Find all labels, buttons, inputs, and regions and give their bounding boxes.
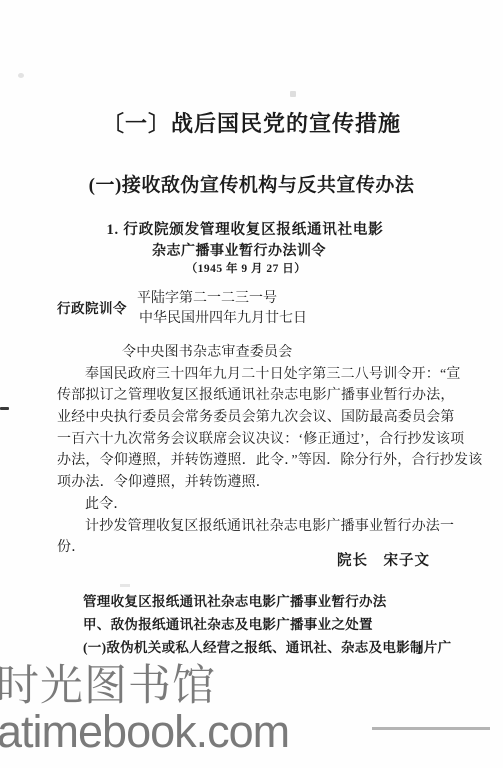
body-line: 项办法．令仰遵照，并转饬遵照． [57,472,449,494]
doc-date: （1945 年 9 月 27 日） [0,260,492,276]
scan-artifact-speck [18,73,24,78]
body-line: 计抄发管理收复区报纸通讯社杂志电影广播事业暂行办法一 [57,516,449,538]
body-line: 办法，令仰遵照，并转饬遵照．此令．”等因．除分行外，合行抄发该 [57,450,449,472]
scanned-book-page: 〔一〕战后国民党的宣传措施 (一)接收敌伪宣传机构与反共宣传办法 1. 行政院颁… [0,0,503,768]
signature-president: 院长 宋子文 [337,549,430,570]
appendix-line: 甲、敌伪报纸通讯社杂志及电影广播事业之处置 [83,613,451,636]
scan-artifact-speck [120,584,130,587]
appendix-regulations: 管理收复区报纸通讯社杂志电影广播事业暂行办法 甲、敌伪报纸通讯社杂志及电影广播事… [83,590,451,660]
section-title: (一)接收敌伪宣传机构与反共宣传办法 [0,170,503,197]
watermark-site-url: atimebook.com [0,706,289,758]
directive-issue-date: 中华民国卅四年九月廿七日 [139,307,307,327]
body-line: 业经中央执行委员会常务委员会第九次会议、国防最高委员会第 [57,407,449,429]
scan-artifact-speck [290,91,296,97]
doc-title-line-1: 1. 行政院颁发管理收复区报纸通讯社电影 [0,218,490,239]
directive-body: 令中央图书杂志审查委员会 奉国民政府三十四年九月二十日处字第三二八号训令开：“宣… [57,342,449,559]
appendix-line: 管理收复区报纸通讯社杂志电影广播事业暂行办法 [83,590,451,613]
body-line: 令中央图书杂志审查委员会 [57,342,449,364]
body-line: 奉国民政府三十四年九月二十日处字第三二八号训令开：“宣 [57,364,449,386]
scan-artifact-dash [0,407,9,410]
doc-title-line-2: 杂志广播事业暂行办法训令 [0,240,478,260]
chapter-title: 〔一〕战后国民党的宣传措施 [0,107,503,138]
page-number: 1 [416,643,423,659]
directive-issuer-label: 行政院训令 [57,297,127,317]
directive-ref-number: 平陆字第二一二三一号 [137,287,277,307]
body-line: 此令． [57,494,449,516]
body-line: 一百六十九次常务会议联席会议决议：‘修正通过’，合行抄发该项 [57,429,449,451]
body-line: 传部拟订之管理收复区报纸通讯社杂志电影广播事业暂行办法， [57,385,449,407]
watermark-library-name: 时光图书馆 [0,652,216,713]
scan-artifact-line [372,727,490,730]
